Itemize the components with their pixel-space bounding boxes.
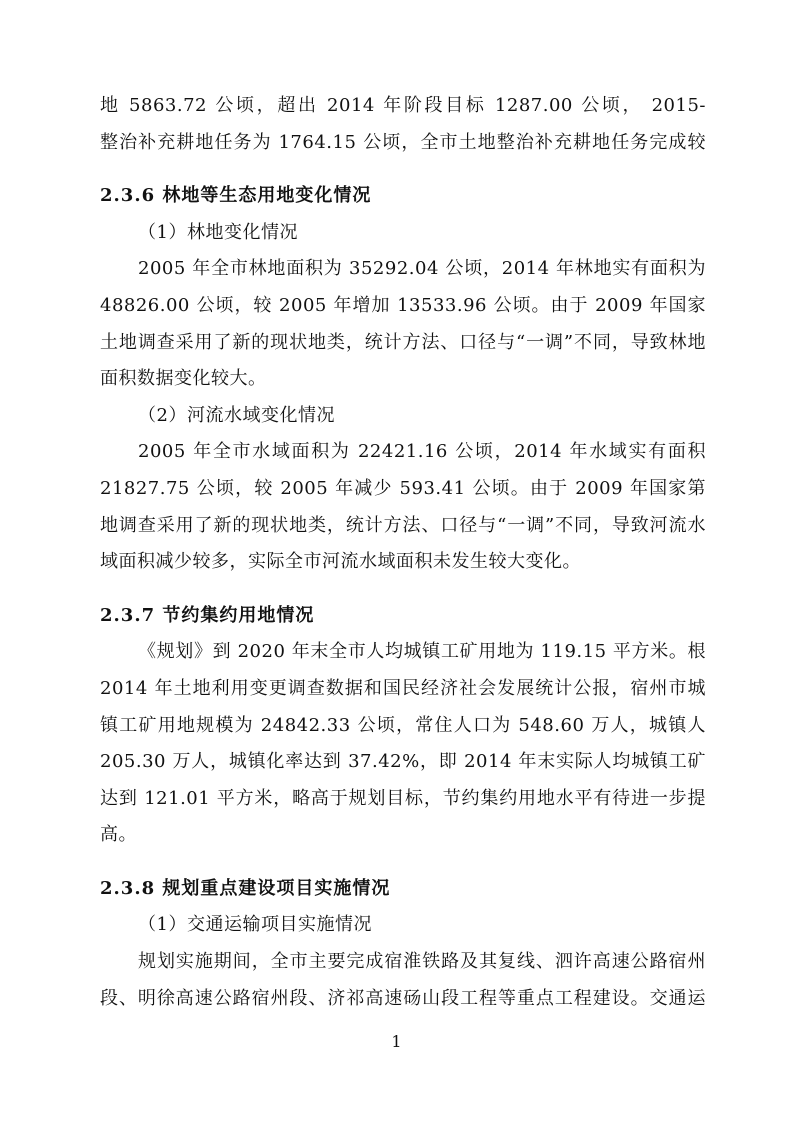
text-line: （1）交通运输项目实施情况: [100, 907, 706, 944]
text-line: 2005 年全市林地面积为 35292.04 公顷，2014 年林地实有面积为: [100, 251, 706, 288]
section-heading: 2.3.6 林地等生态用地变化情况: [100, 178, 706, 215]
text-line: 土地调查采用了新的现状地类，统计方法、口径与“一调”不同，导致林地: [100, 325, 706, 362]
text-line: 地 5863.72 公顷，超出 2014 年阶段目标 1287.00 公顷， 2…: [100, 88, 706, 125]
text-line: 地调查采用了新的现状地类，统计方法、口径与“一调”不同，导致河流水: [100, 508, 706, 545]
document-body: 地 5863.72 公顷，超出 2014 年阶段目标 1287.00 公顷， 2…: [100, 88, 706, 1017]
text-line: 域面积减少较多，实际全市河流水域面积未发生较大变化。: [100, 544, 706, 581]
text-line: 48826.00 公顷，较 2005 年增加 13533.96 公顷。由于 20…: [100, 288, 706, 325]
text-line: 2005 年全市水域面积为 22421.16 公顷，2014 年水域实有面积: [100, 434, 706, 471]
text-line: （1）林地变化情况: [100, 215, 706, 252]
document-page: 地 5863.72 公顷，超出 2014 年阶段目标 1287.00 公顷， 2…: [0, 0, 793, 1122]
text-line: 2014 年土地利用变更调查数据和国民经济社会发展统计公报，宿州市城: [100, 671, 706, 708]
text-line: 段、明徐高速公路宿州段、济祁高速砀山段工程等重点工程建设。交通运: [100, 981, 706, 1018]
text-line: 达到 121.01 平方米，略高于规划目标，节约集约用地水平有待进一步提: [100, 781, 706, 818]
text-line: 21827.75 公顷，较 2005 年减少 593.41 公顷。由于 2009…: [100, 471, 706, 508]
text-line: （2）河流水域变化情况: [100, 398, 706, 435]
section-heading: 2.3.8 规划重点建设项目实施情况: [100, 871, 706, 908]
text-line: 规划实施期间，全市主要完成宿淮铁路及其复线、泗许高速公路宿州: [100, 944, 706, 981]
page-number: 1: [391, 1032, 401, 1051]
text-line: 《规划》到 2020 年末全市人均城镇工矿用地为 119.15 平方米。根据: [100, 634, 706, 671]
text-line: 镇工矿用地规模为 24842.33 公顷，常住人口为 548.60 万人，城镇人…: [100, 708, 706, 745]
text-line: 205.30 万人，城镇化率达到 37.42%，即 2014 年末实际人均城镇工…: [100, 744, 706, 781]
text-line: 面积数据变化较大。: [100, 361, 706, 398]
text-line: 整治补充耕地任务为 1764.15 公顷，全市土地整治补充耕地任务完成较好。: [100, 125, 706, 162]
section-heading: 2.3.7 节约集约用地情况: [100, 598, 706, 635]
page-footer: 1: [0, 1032, 793, 1052]
text-line: 高。: [100, 817, 706, 854]
